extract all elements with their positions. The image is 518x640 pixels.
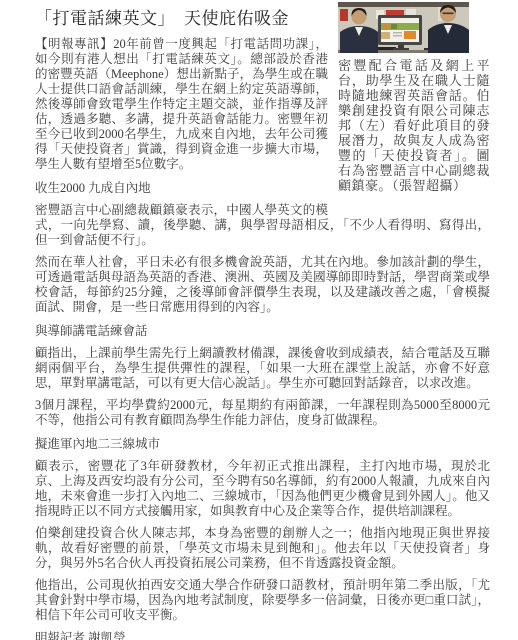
photo-screen-orange-block xyxy=(404,31,416,39)
photo-glasses xyxy=(443,13,454,15)
article-paragraph: 他指出，公司現伙拍西安交通大學合作研發口語教材，預計明年第二季出版，「尤其會針對… xyxy=(35,578,490,623)
article-byline: 明報記者 謝凱瑩 xyxy=(35,631,490,640)
article-photo-block: 密豐配合電話及網上平台，助學生及在職人士隨時隨地練習英語會話。伯樂創建投資有限公… xyxy=(338,2,490,193)
article-photo xyxy=(338,2,469,53)
article-paragraph: 伯樂創建投資合伙人陳志邦，本身為密豐的創辦人之一；他指內地現正與世界接軌，故看好… xyxy=(35,526,490,571)
photo-caption: 密豐配合電話及網上平台，助學生及在職人士隨時隨地練習英語會話。伯樂創建投資有限公… xyxy=(338,58,490,193)
article-paragraph: 3個月課程，平均學費約2000元，每星期約有兩節課，一年課程則為5000至800… xyxy=(35,398,490,428)
article-paragraph: 密豐語言中心副總裁顧鎮豪表示，中國人學英文的模式，一向先學寫、讀，後學聽、講，與… xyxy=(35,203,490,248)
photo-screen-tan-block xyxy=(381,32,390,39)
photo-poster-red-left xyxy=(340,9,348,21)
article-paragraph: 然而在華人社會，平日未必有很多機會說英語，尤其在內地。參加該計劃的學生，可透過電… xyxy=(35,255,490,315)
section-heading-phone-practice: 與導師講電話練會話 xyxy=(35,324,490,339)
article-page: 密豐配合電話及網上平台，助學生及在職人士隨時隨地練習英語會話。伯樂創建投資有限公… xyxy=(0,0,518,640)
article-paragraph: 顧指出，上課前學生需先行上網讀教材備課，課後會收到成績表，結合電話及互聯網兩個平… xyxy=(35,346,490,391)
section-heading-mainland-expansion: 擬進軍內地二三線城市 xyxy=(35,437,490,452)
article-paragraph: 顧表示，密豐花了3年研發教材，今年初正式推出課程，主打內地市場，現於北京、上海及… xyxy=(35,459,490,519)
article-photo-image xyxy=(338,2,469,53)
photo-monitor xyxy=(378,15,422,50)
